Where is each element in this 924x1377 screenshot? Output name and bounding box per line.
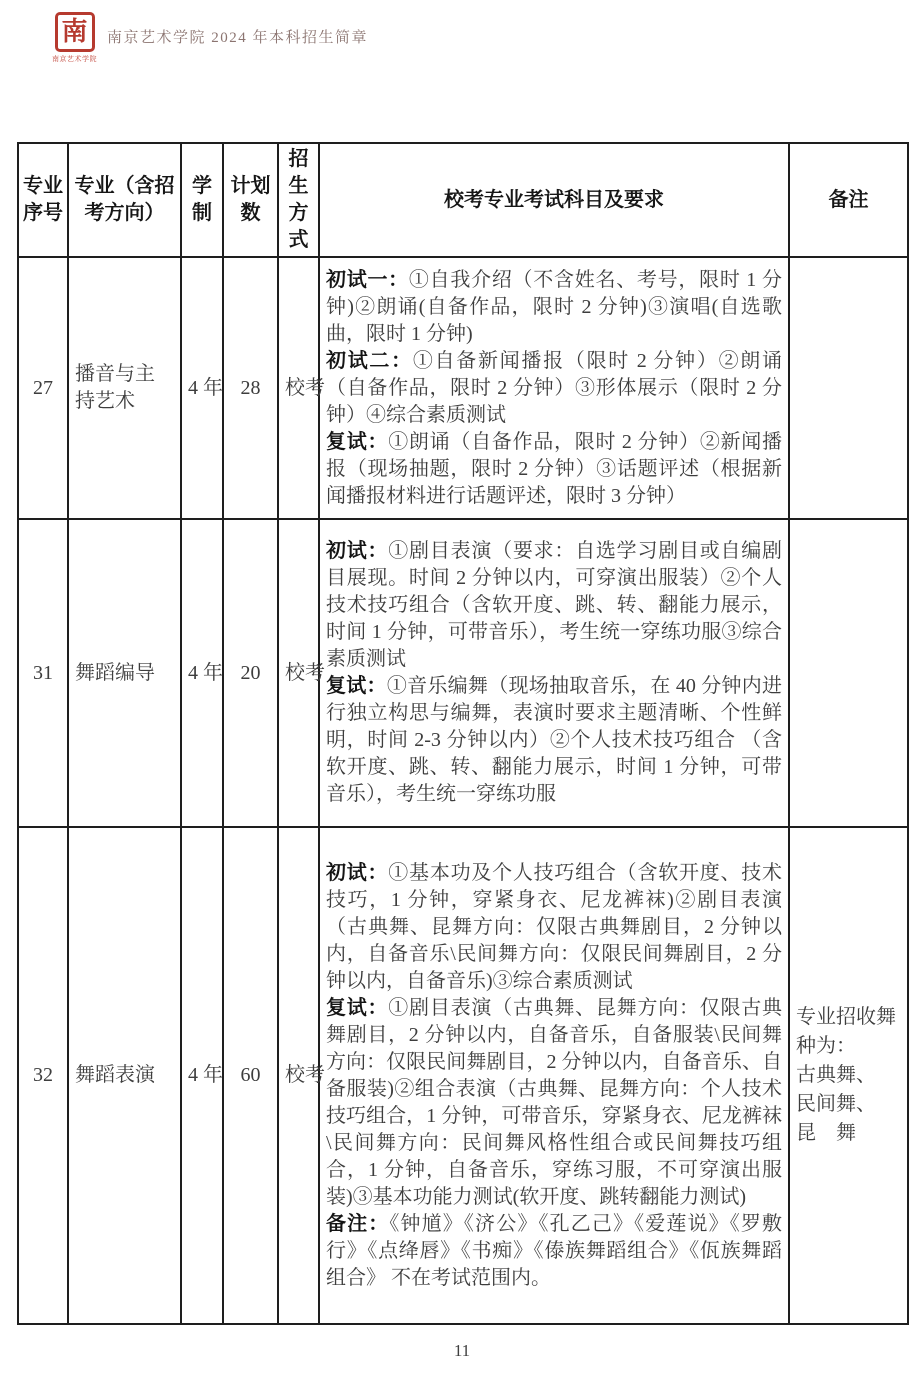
seal-character: 南	[61, 19, 87, 45]
document-header: 南 南京艺术学院 南京艺术学院 2024 年本科招生简章	[52, 12, 368, 64]
requirement-stage-label: 初试：	[326, 540, 388, 562]
requirement-stage-label: 复试：	[326, 675, 387, 697]
col-header-method: 招生 方式	[278, 143, 319, 257]
remark-line: 专业招收舞种为：	[796, 1003, 901, 1061]
col-header-requirements: 校考专业考试科目及要求	[319, 143, 789, 257]
requirement-paragraph: 复试：①朗诵（自备作品，限时 2 分钟）②新闻播报（现场抽题，限时 2 分钟）③…	[326, 429, 782, 510]
requirement-paragraph: 初试：①基本功及个人技巧组合（含软开度、技术技巧，1 分钟，穿紧身衣、尼龙裤袜)…	[326, 860, 782, 995]
cell-duration: 4 年	[181, 827, 223, 1324]
cell-admission-method: 校考	[278, 827, 319, 1324]
cell-remark	[789, 257, 908, 519]
requirement-paragraph: 备注：《钟馗》《济公》《孔乙己》《爱莲说》《罗敷行》《点绛唇》《书痴》《傣族舞蹈…	[326, 1211, 782, 1292]
cell-exam-requirements: 初试：①基本功及个人技巧组合（含软开度、技术技巧，1 分钟，穿紧身衣、尼龙裤袜)…	[319, 827, 789, 1324]
cell-admission-method: 校考	[278, 519, 319, 827]
university-logo: 南 南京艺术学院	[52, 12, 97, 64]
requirement-paragraph: 初试一：①自我介绍（不含姓名、考号，限时 1 分钟)②朗诵(自备作品，限时 2 …	[326, 267, 782, 348]
cell-remark: 专业招收舞种为：古典舞、民间舞、昆 舞	[789, 827, 908, 1324]
cell-major-seq: 32	[18, 827, 68, 1324]
cell-major-name: 播音与主持艺术	[68, 257, 181, 519]
requirement-stage-label: 复试：	[326, 431, 388, 453]
col-header-plan: 计划 数	[223, 143, 278, 257]
requirement-paragraph: 初试：①剧目表演（要求：自选学习剧目或自编剧目展现。时间 2 分钟以内，可穿演出…	[326, 538, 782, 673]
col-header-major: 专业（含招 考方向）	[68, 143, 181, 257]
page-number: 11	[454, 1341, 470, 1360]
cell-major-seq: 31	[18, 519, 68, 827]
page: 南 南京艺术学院 南京艺术学院 2024 年本科招生简章 专业 序号 专业（含招…	[0, 0, 924, 1377]
requirement-stage-label: 初试二：	[326, 350, 413, 372]
col-header-seq: 专业 序号	[18, 143, 68, 257]
table-body: 27播音与主持艺术4 年28校考初试一：①自我介绍（不含姓名、考号，限时 1 分…	[18, 257, 908, 1324]
cell-plan-count: 60	[223, 827, 278, 1324]
cell-plan-count: 20	[223, 519, 278, 827]
remark-line: 昆 舞	[796, 1119, 901, 1148]
requirement-paragraph: 复试：①剧目表演（古典舞、昆舞方向：仅限古典舞剧目，2 分钟以内，自备音乐，自备…	[326, 995, 782, 1211]
requirement-stage-label: 初试：	[326, 862, 388, 884]
admission-table: 专业 序号 专业（含招 考方向） 学 制 计划 数 招生 方式 校考专业考试科目…	[17, 142, 909, 1325]
col-header-remark: 备注	[789, 143, 908, 257]
cell-major-name: 舞蹈编导	[68, 519, 181, 827]
requirement-paragraph: 初试二：①自备新闻播报（限时 2 分钟）②朗诵（自备作品，限时 2 分钟）③形体…	[326, 348, 782, 429]
remark-line: 民间舞、	[796, 1090, 901, 1119]
col-header-duration: 学 制	[181, 143, 223, 257]
document-title: 南京艺术学院 2024 年本科招生简章	[107, 26, 368, 47]
table-row: 27播音与主持艺术4 年28校考初试一：①自我介绍（不含姓名、考号，限时 1 分…	[18, 257, 908, 519]
remark-line: 古典舞、	[796, 1061, 901, 1090]
cell-major-name: 舞蹈表演	[68, 827, 181, 1324]
page-footer: 11	[0, 1341, 924, 1361]
requirement-paragraph: 复试：①音乐编舞（现场抽取音乐，在 40 分钟内进行独立构思与编舞，表演时要求主…	[326, 673, 782, 808]
seal-caption: 南京艺术学院	[52, 54, 97, 64]
cell-duration: 4 年	[181, 519, 223, 827]
university-seal-icon: 南	[55, 12, 95, 52]
cell-duration: 4 年	[181, 257, 223, 519]
cell-major-seq: 27	[18, 257, 68, 519]
cell-exam-requirements: 初试一：①自我介绍（不含姓名、考号，限时 1 分钟)②朗诵(自备作品，限时 2 …	[319, 257, 789, 519]
table-header-row: 专业 序号 专业（含招 考方向） 学 制 计划 数 招生 方式 校考专业考试科目…	[18, 143, 908, 257]
table-row: 31舞蹈编导4 年20校考初试：①剧目表演（要求：自选学习剧目或自编剧目展现。时…	[18, 519, 908, 827]
requirement-stage-label: 复试：	[326, 997, 388, 1019]
cell-exam-requirements: 初试：①剧目表演（要求：自选学习剧目或自编剧目展现。时间 2 分钟以内，可穿演出…	[319, 519, 789, 827]
requirement-stage-label: 备注：	[326, 1213, 389, 1235]
cell-admission-method: 校考	[278, 257, 319, 519]
cell-remark	[789, 519, 908, 827]
table-row: 32舞蹈表演4 年60校考初试：①基本功及个人技巧组合（含软开度、技术技巧，1 …	[18, 827, 908, 1324]
cell-plan-count: 28	[223, 257, 278, 519]
requirement-stage-label: 初试一：	[326, 269, 409, 291]
